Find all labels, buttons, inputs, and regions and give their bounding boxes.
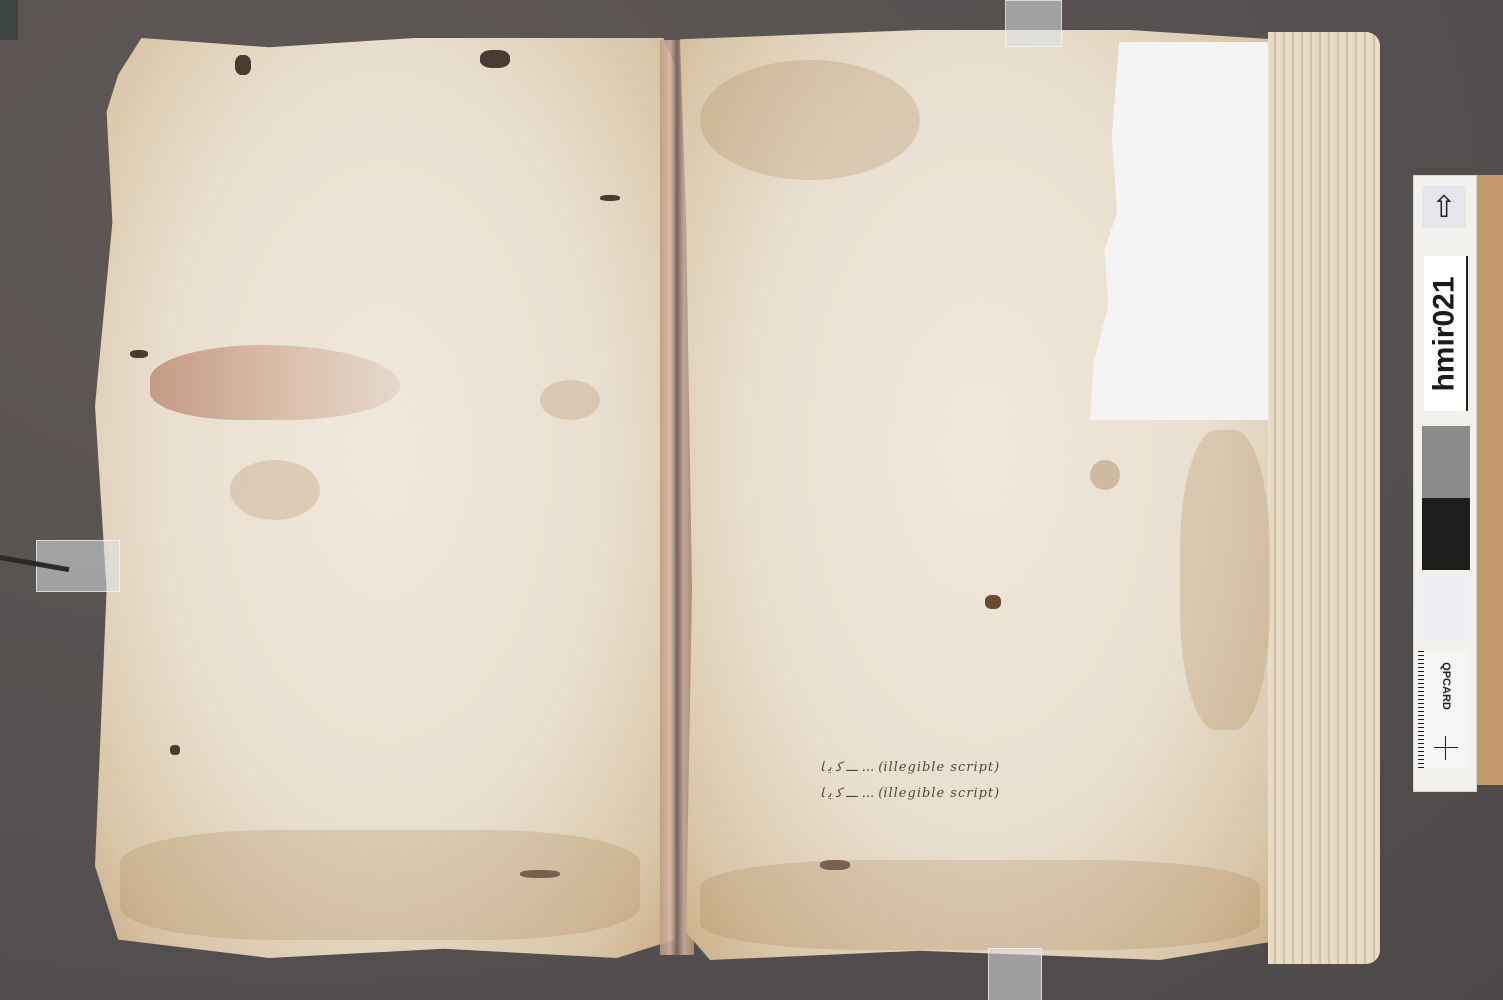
worm-hole — [820, 860, 850, 870]
worm-hole — [985, 595, 1001, 609]
corner-object — [0, 0, 18, 40]
water-stain — [230, 460, 320, 520]
white-paper-insert — [1090, 42, 1272, 420]
worm-hole — [235, 55, 251, 75]
worm-hole — [520, 870, 560, 878]
brand-text: QPCARD — [1440, 662, 1452, 710]
handwritten-script: ـــ ﮐ ﯾ ﺎ ... (illegible script) ـــ ﮐ ﯾ… — [820, 755, 1150, 807]
gray-swatch — [1422, 426, 1470, 498]
white-swatch — [1422, 576, 1470, 641]
water-stain — [1180, 430, 1270, 730]
water-stain — [120, 830, 640, 940]
worm-hole — [130, 350, 148, 358]
page-edges-stack — [1268, 32, 1380, 964]
script-line-2: ـــ ﮐ ﯾ ﺎ ... (illegible script) — [820, 781, 1150, 807]
left-page — [95, 38, 675, 958]
worm-hole — [170, 745, 180, 755]
water-stain — [700, 860, 1260, 950]
crosshair-icon — [1434, 736, 1458, 760]
clear-tape — [988, 948, 1042, 1000]
water-stain — [1090, 460, 1120, 490]
clear-tape — [1005, 0, 1062, 47]
identifier-text: hmir021 — [1428, 276, 1462, 391]
worm-hole — [480, 50, 510, 68]
brand-label: QPCARD — [1428, 656, 1464, 716]
reference-card: ⇧ hmir021 QPCARD — [1413, 175, 1477, 792]
arrow-up-icon: ⇧ — [1422, 186, 1466, 228]
script-line-1: ـــ ﮐ ﯾ ﺎ ... (illegible script) — [820, 755, 1150, 781]
worm-hole — [600, 195, 620, 201]
identifier-label: hmir021 — [1424, 256, 1468, 411]
water-stain — [700, 60, 920, 180]
black-swatch — [1422, 498, 1470, 570]
water-stain — [540, 380, 600, 420]
